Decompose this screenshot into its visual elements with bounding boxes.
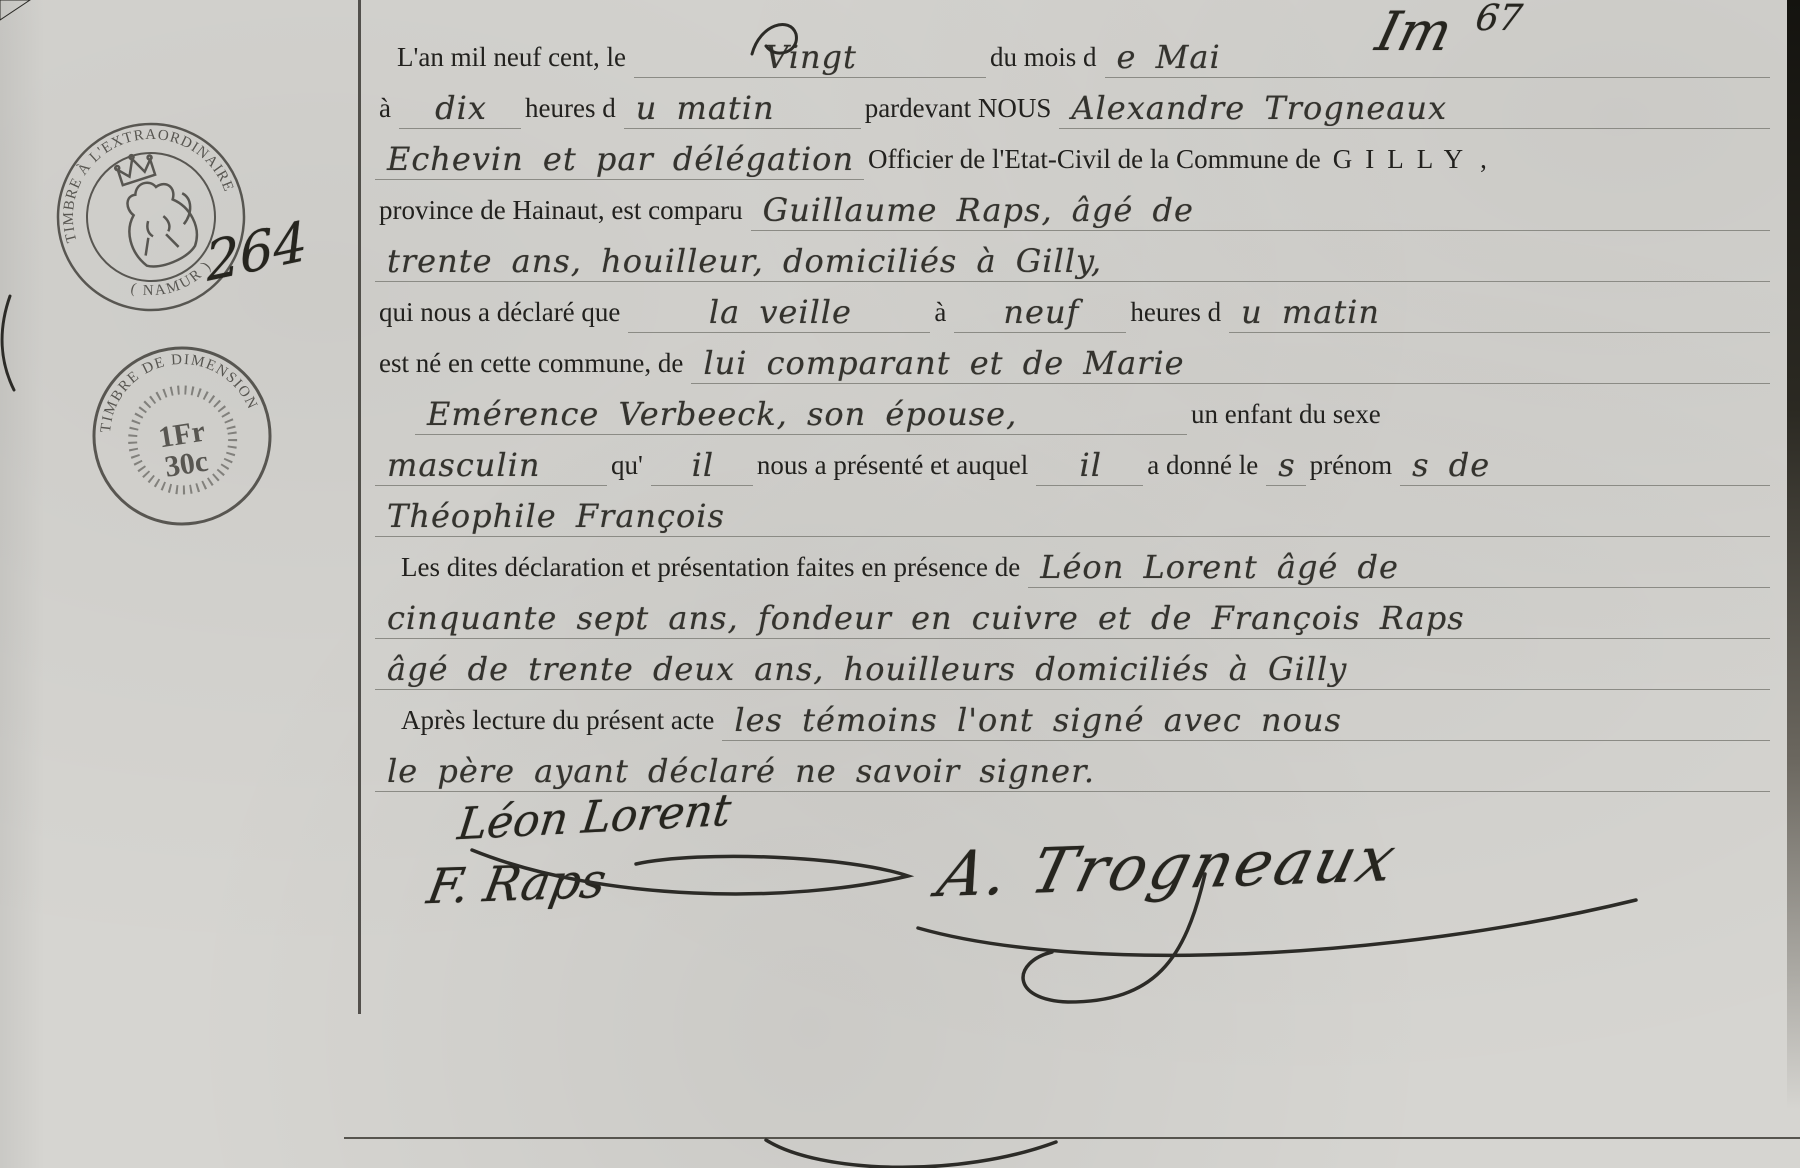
next-act-partial-stroke	[766, 1140, 1056, 1167]
printed-text: est né en cette commune, de	[375, 348, 691, 384]
line-12: cinquante sept ans, fondeur en cuivre et…	[375, 588, 1770, 639]
line-3: Echevin et par délégationOfficier de l'E…	[375, 129, 1770, 180]
handwritten-entry: Léon Lorent âgé de	[1028, 548, 1770, 588]
left-edge-ink-mark	[2, 296, 14, 390]
line-14: Après lecture du présent acteles témoins…	[375, 690, 1770, 741]
signature-officer-trogneaux: A. Trogneaux	[931, 822, 1406, 912]
handwritten-entry: trente ans, houilleur, domiciliés à Gill…	[375, 242, 1770, 282]
line-15: le père ayant déclaré ne savoir signer.	[375, 741, 1770, 792]
handwritten-entry: Guillaume Raps, âgé de	[751, 191, 1770, 231]
act-body: L'an mil neuf cent, leVingtdu mois de Ma…	[375, 27, 1770, 792]
printed-text: heures d	[521, 93, 624, 129]
handwritten-entry: il	[651, 446, 753, 486]
printed-text: qu'	[607, 450, 651, 486]
line-8: Emérence Verbeeck, son épouse,un enfant …	[375, 384, 1770, 435]
crowned-lion-icon	[105, 142, 205, 272]
line-7: est né en cette commune, delui comparant…	[375, 333, 1770, 384]
handwritten-entry: neuf	[954, 293, 1126, 333]
line-1: L'an mil neuf cent, leVingtdu mois de Ma…	[375, 27, 1770, 78]
handwritten-entry: Vingt	[634, 38, 986, 78]
blank-rule	[957, 536, 1770, 537]
handwritten-entry: Théophile François	[375, 497, 957, 537]
handwritten-entry: u matin	[1229, 293, 1770, 333]
scan-edge-shadow	[1787, 0, 1800, 1168]
printed-text: GILLY	[1329, 144, 1476, 180]
printed-text: heures d	[1126, 297, 1229, 333]
printed-text: du mois d	[986, 42, 1105, 78]
printed-text: à	[930, 297, 954, 333]
handwritten-entry: Echevin et par délégation	[375, 140, 864, 180]
printed-text: Officier de l'Etat-Civil de la Commune d…	[864, 144, 1329, 180]
line-5: trente ans, houilleur, domiciliés à Gill…	[375, 231, 1770, 282]
stamp-value-bottom: 30c	[162, 444, 210, 483]
printed-text: ,	[1476, 144, 1495, 180]
printed-text: L'an mil neuf cent, le	[393, 42, 634, 78]
line-4: province de Hainaut, est comparuGuillaum…	[375, 180, 1770, 231]
handwritten-entry: les témoins l'ont signé avec nous	[722, 701, 1770, 741]
handwritten-entry: s	[1266, 446, 1305, 486]
line-9: masculinqu'ilnous a présenté et auquelil…	[375, 435, 1770, 486]
left-margin-rule	[358, 0, 361, 1014]
line-13: âgé de trente deux ans, houilleurs domic…	[375, 639, 1770, 690]
printed-text: un enfant du sexe	[1187, 399, 1389, 435]
signature-witness-raps: F. Raps	[423, 853, 610, 916]
scanned-birth-record: TIMBRE À L'EXTRAORDINAIRE ( NAMUR ) TIMB…	[0, 0, 1800, 1168]
handwritten-entry: s de	[1400, 446, 1770, 486]
printed-text: à	[375, 93, 399, 129]
handwritten-entry: la veille	[628, 293, 930, 333]
printed-text: prénom	[1306, 450, 1400, 486]
printed-text: Après lecture du présent acte	[397, 705, 722, 741]
bottom-separator-rule	[344, 1137, 1800, 1139]
top-left-corner-shadow	[0, 0, 30, 20]
handwritten-entry: e Mai	[1105, 38, 1770, 78]
printed-text: Les dites déclaration et présentation fa…	[397, 552, 1028, 588]
line-2: àdixheures du matinpardevant NOUSAlexand…	[375, 78, 1770, 129]
line-11: Les dites déclaration et présentation fa…	[375, 537, 1770, 588]
revenue-stamp-dimension: TIMBRE DE DIMENSION 1Fr 30c	[72, 326, 292, 546]
handwritten-entry: âgé de trente deux ans, houilleurs domic…	[375, 650, 1770, 690]
printed-text: nous a présenté et auquel	[753, 450, 1036, 486]
handwritten-entry: cinquante sept ans, fondeur en cuivre et…	[375, 599, 1770, 639]
line-6: qui nous a déclaré quela veilleàneufheur…	[375, 282, 1770, 333]
handwritten-entry: masculin	[375, 446, 607, 486]
printed-text: qui nous a déclaré que	[375, 297, 628, 333]
handwritten-entry: il	[1036, 446, 1143, 486]
handwritten-entry: lui comparant et de Marie	[691, 344, 1770, 384]
printed-text: a donné le	[1143, 450, 1266, 486]
revenue-stamp-extraordinaire: TIMBRE À L'EXTRAORDINAIRE ( NAMUR )	[24, 90, 279, 345]
printed-text: province de Hainaut, est comparu	[375, 195, 751, 231]
line-10: Théophile François	[375, 486, 1770, 537]
handwritten-entry: Alexandre Trogneaux	[1059, 89, 1770, 129]
handwritten-entry: le père ayant déclaré ne savoir signer.	[375, 752, 1770, 792]
handwritten-entry: Emérence Verbeeck, son épouse,	[415, 395, 1187, 435]
officer-paraph-sweep	[918, 900, 1636, 955]
signature-witness-lorent: Léon Lorent	[455, 785, 734, 851]
printed-text: pardevant NOUS	[861, 93, 1060, 129]
handwritten-entry: dix	[399, 89, 521, 129]
handwritten-entry: u matin	[624, 89, 861, 129]
